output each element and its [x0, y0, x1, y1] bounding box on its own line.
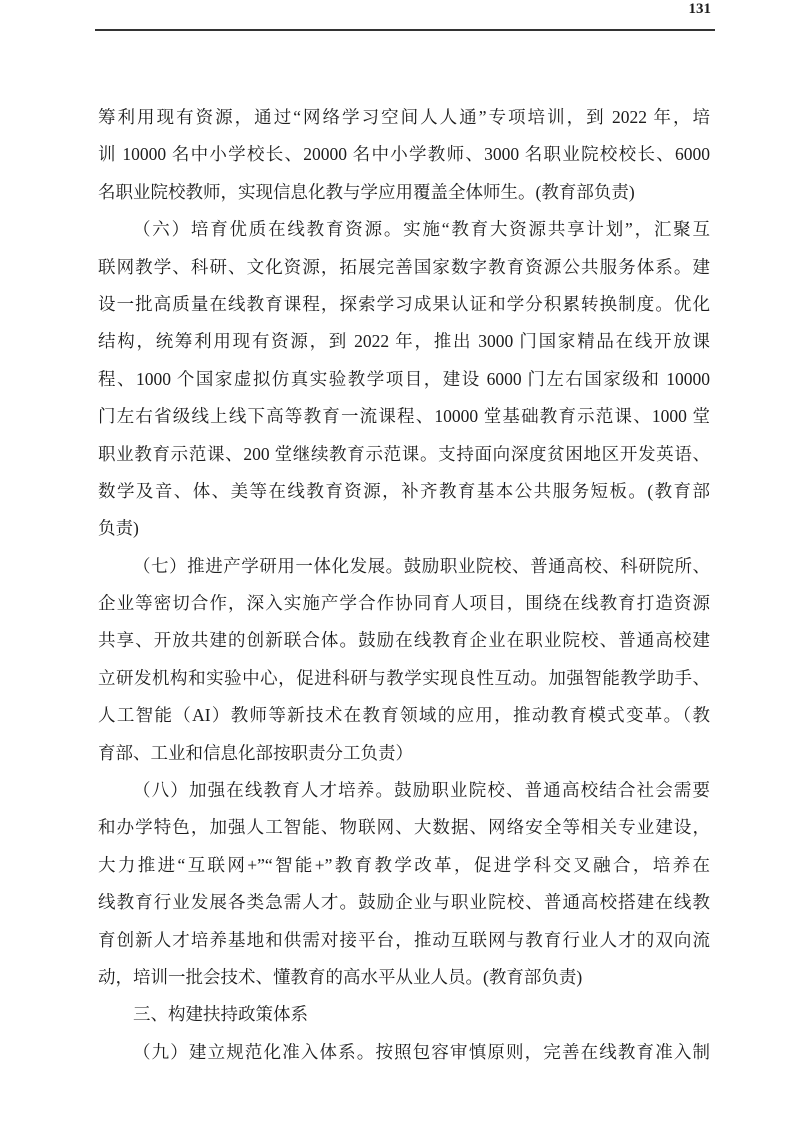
text-line: 动，培训一批会技术、懂教育的高水平从业人员。(教育部负责) [98, 959, 710, 996]
text-line: 负责) [98, 510, 710, 547]
header-rule [95, 29, 715, 31]
text-line: 人工智能（AI）教师等新技术在教育领域的应用，推动教育模式变革。（教 [98, 697, 710, 734]
text-line: 结构，统筹利用现有资源，到 2022 年，推出 3000 门国家精品在线开放课 [98, 323, 710, 360]
text-line: （八）加强在线教育人才培养。鼓励职业院校、普通高校结合社会需要 [98, 772, 710, 809]
text-line: 大力推进“互联网+”“智能+”教育教学改革，促进学科交叉融合，培养在 [98, 847, 710, 884]
text-line: 联网教学、科研、文化资源，拓展完善国家数字教育资源公共服务体系。建 [98, 249, 710, 286]
document-page: 131 筹利用现有资源，通过“网络学习空间人人通”专项培训，到 2022 年，培… [0, 0, 793, 1122]
text-line: （六）培育优质在线教育资源。实施“教育大资源共享计划”，汇聚互 [98, 211, 710, 248]
text-line: 职业教育示范课、200 堂继续教育示范课。支持面向深度贫困地区开发英语、 [98, 436, 710, 473]
text-line: 筹利用现有资源，通过“网络学习空间人人通”专项培训，到 2022 年，培 [98, 99, 710, 136]
text-line: 名职业院校教师，实现信息化教与学应用覆盖全体师生。(教育部负责) [98, 174, 710, 211]
text-line: 育部、工业和信息化部按职责分工负责） [98, 735, 710, 772]
text-line: 共享、开放共建的创新联合体。鼓励在线教育企业在职业院校、普通高校建 [98, 622, 710, 659]
text-line: 和办学特色，加强人工智能、物联网、大数据、网络安全等相关专业建设， [98, 809, 710, 846]
text-line: 数学及音、体、美等在线教育资源，补齐教育基本公共服务短板。(教育部 [98, 473, 710, 510]
document-body: 筹利用现有资源，通过“网络学习空间人人通”专项培训，到 2022 年，培 训 1… [98, 99, 710, 1071]
page-number: 131 [689, 1, 712, 18]
text-line: 程、1000 个国家虚拟仿真实验教学项目，建设 6000 门左右国家级和 100… [98, 361, 710, 398]
text-line: （七）推进产学研用一体化发展。鼓励职业院校、普通高校、科研院所、 [98, 548, 710, 585]
text-line: 设一批高质量在线教育课程，探索学习成果认证和学分积累转换制度。优化 [98, 286, 710, 323]
text-line: 立研发机构和实验中心，促进科研与教学实现良性互动。加强智能教学助手、 [98, 660, 710, 697]
text-line: 线教育行业发展各类急需人才。鼓励企业与职业院校、普通高校搭建在线教 [98, 884, 710, 921]
text-line: 育创新人才培养基地和供需对接平台，推动互联网与教育行业人才的双向流 [98, 922, 710, 959]
section-heading: 三、构建扶持政策体系 [98, 996, 710, 1033]
text-line: 训 10000 名中小学校长、20000 名中小学教师、3000 名职业院校校长… [98, 136, 710, 173]
text-line: （九）建立规范化准入体系。按照包容审慎原则，完善在线教育准入制 [98, 1034, 710, 1071]
text-line: 企业等密切合作，深入实施产学合作协同育人项目，围绕在线教育打造资源 [98, 585, 710, 622]
text-line: 门左右省级线上线下高等教育一流课程、10000 堂基础教育示范课、1000 堂 [98, 398, 710, 435]
